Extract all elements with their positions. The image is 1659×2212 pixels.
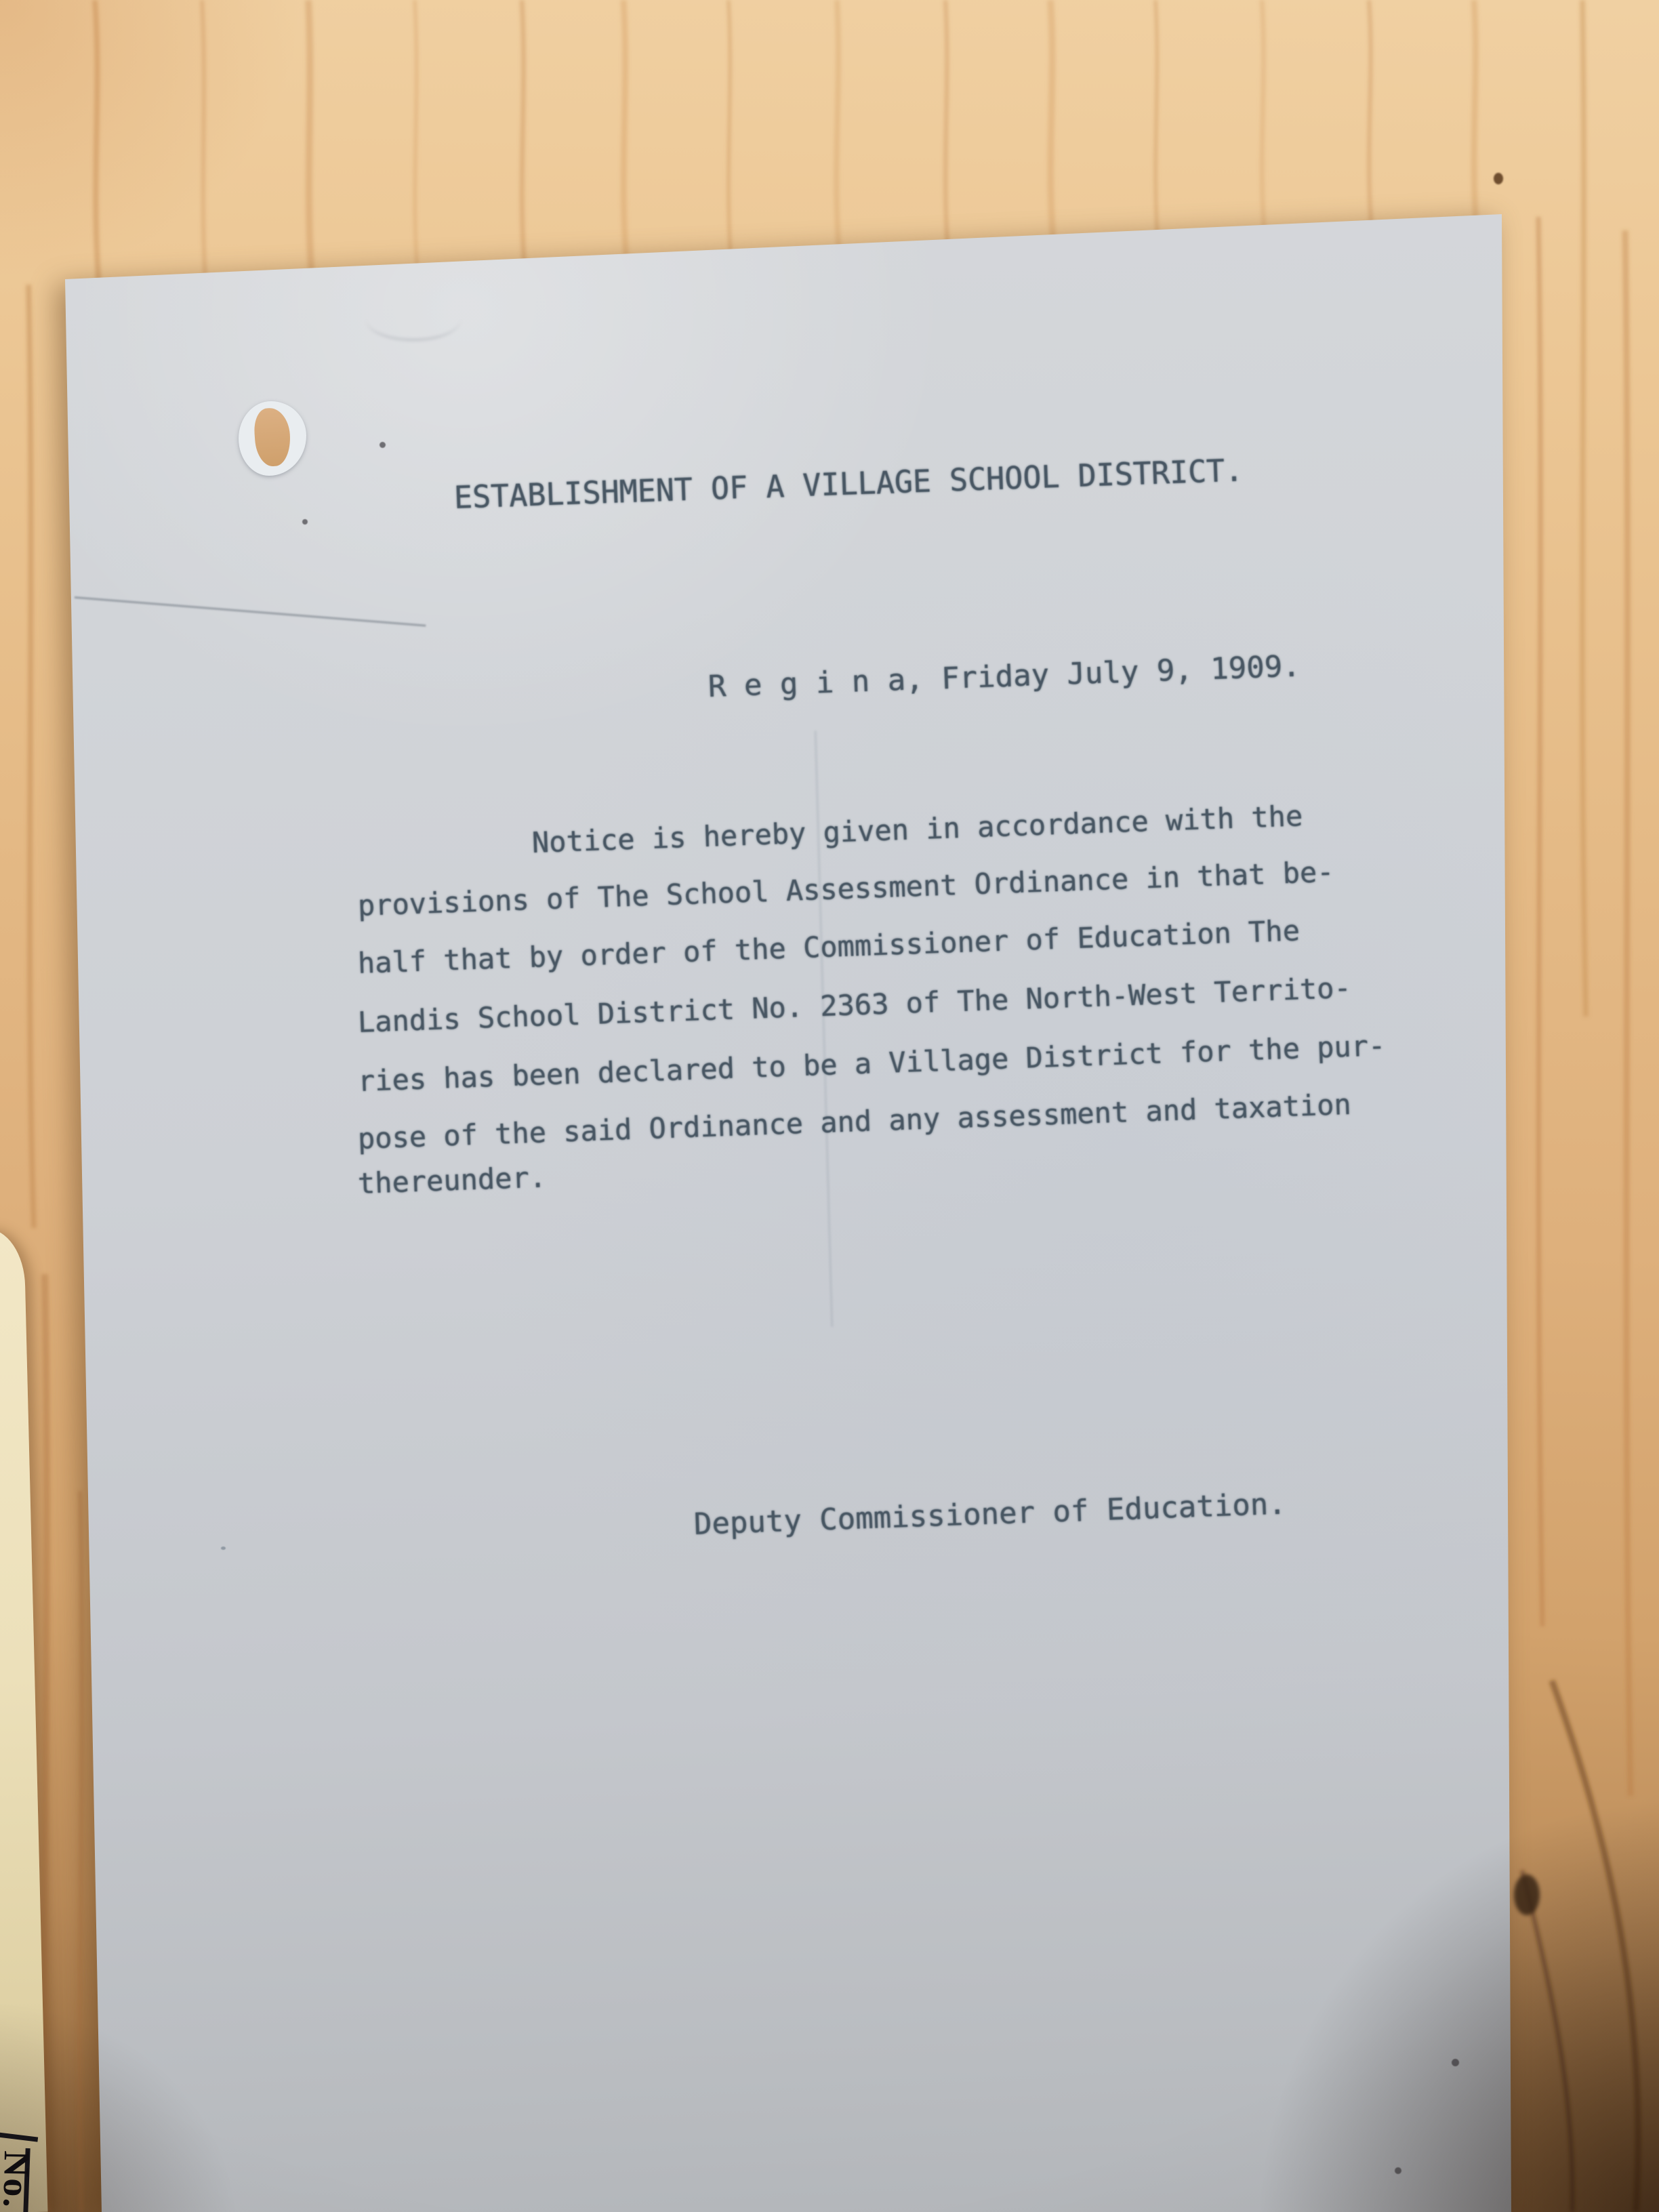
body-line: pose of the said Ordinance and any asses… <box>357 1090 1351 1153</box>
body-line: Landis School District No. 2363 of The N… <box>357 974 1351 1037</box>
ink-speck <box>1452 2059 1459 2066</box>
ink-speck <box>302 519 308 525</box>
body-line: provisions of The School Assessment Ordi… <box>357 858 1334 920</box>
document-dateline: R e g i n a, Friday July 9, 1909. <box>708 652 1300 702</box>
body-line: Notice is hereby given in accordance wit… <box>531 802 1303 857</box>
pencil-scratch-mark <box>75 596 426 627</box>
body-line: ries has been declared to be a Village D… <box>357 1031 1386 1096</box>
document-signature: Deputy Commissioner of Education. <box>693 1490 1286 1540</box>
paper-tear-hole-inner <box>253 407 292 467</box>
ink-speck <box>380 442 386 448</box>
notice-document-paper: ESTABLISHMENT OF A VILLAGE SCHOOL DISTRI… <box>0 0 1659 2212</box>
paper-tear-hole <box>239 401 306 476</box>
wood-speck <box>1494 173 1503 184</box>
fiber-speck <box>221 1547 226 1550</box>
body-line: half that by order of the Commissioner o… <box>357 916 1300 978</box>
document-title: ESTABLISHMENT OF A VILLAGE SCHOOL DISTRI… <box>453 455 1244 513</box>
ink-speck <box>1395 2167 1401 2174</box>
wood-knot <box>1514 1875 1540 1915</box>
body-line: thereunder. <box>357 1163 546 1198</box>
document-paper-shadow: ESTABLISHMENT OF A VILLAGE SCHOOL DISTRI… <box>0 0 1659 2212</box>
desk-photo: No. ESTABLISHMENT OF A VILLAGE SCHOOL DI… <box>0 0 1659 2212</box>
faint-smudge-mark <box>366 298 461 341</box>
